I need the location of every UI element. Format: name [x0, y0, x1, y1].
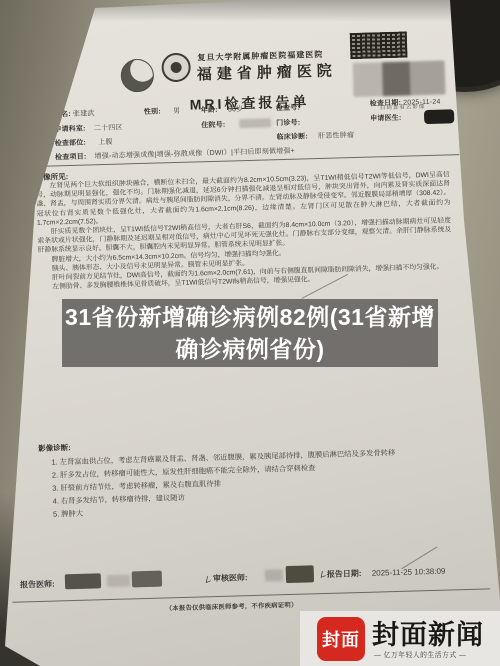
field-outpatient-no-label: 门诊号:: [276, 120, 300, 128]
field-body-part-value: 上腹: [98, 139, 113, 146]
field-age: 年龄: 50岁: [201, 104, 244, 115]
field-dept-label: 申请科室:: [54, 126, 86, 134]
field-name-value: 张建武: [73, 110, 95, 118]
field-exam-date-label: 检查日期:: [370, 100, 402, 108]
diagnosis-list: 1. 左肾富血供占位，考虑左肾癌累及肾盂、肾盏、邻近腹膜，累及胰尾部待排，腹膜后…: [51, 444, 463, 520]
field-req-doctor: 申请医生:: [370, 113, 402, 124]
field-exam-date-value: 2025-11-24: [403, 99, 440, 107]
field-exam-items-label: 检查项目:: [55, 154, 87, 162]
field-exam-no-label: 检查号:: [276, 105, 300, 113]
field-dept: 申请科室: 二十四区: [54, 122, 123, 134]
photo-of-mri-report: 复旦大学附属肿瘤医院福建医院 福建省肿瘤医院 MRI检查报告单 扫码查看云影像 …: [0, 0, 500, 666]
findings-body: 左肾见两个巨大软组织肿块融合，横断位未扫全，最大截面约为8.2cm×10.5cm…: [36, 170, 453, 292]
field-age-label: 年龄:: [201, 107, 218, 114]
redacted-review-doctor: [286, 565, 314, 583]
field-clinical-dx-label: 临床诊断:: [277, 133, 309, 141]
redacted-report-doctor: [65, 573, 101, 589]
news-watermark: 封面 封面新闻 — 亿万年轻人的生活方式 —: [300, 611, 500, 666]
diagnosis-heading: 影像诊断:: [38, 442, 71, 454]
field-exam-no: 检查号:: [276, 103, 300, 114]
field-exam-items-value: 增强-动态增强成像|增强-弥散成像（DWI）|平扫后即刻做增强+: [95, 148, 296, 161]
hospital-name: 福建省肿瘤医院: [197, 59, 338, 84]
hospital-logo-icon: [120, 59, 154, 93]
field-age-value: 50岁: [228, 106, 244, 113]
report-doctor-label: 报告医师:: [20, 579, 55, 591]
redacted-req-doctor: [424, 109, 454, 124]
news-slogan: — 亿万年轻人的生活方式 —: [374, 649, 466, 659]
field-dept-value: 二十四区: [94, 124, 123, 132]
redacted-report-doctor: [132, 571, 162, 588]
checkmark-icon: ∠: [203, 574, 213, 585]
headline-overlay: 31省份新增确诊病例82例(31省新增确诊病例省份): [62, 299, 438, 367]
field-clinical-dx: 临床诊断: 肝恶性肿瘤: [276, 130, 354, 142]
field-sex-value: 男: [173, 108, 180, 115]
field-inpatient-no: 住院号:: [201, 120, 225, 131]
field-body-part-label: 检查部位:: [55, 140, 87, 148]
field-name-label: 姓名:: [54, 111, 71, 118]
field-exam-date: 检查日期: 2025-11-24: [370, 97, 441, 109]
redacted-report-doctor: [107, 574, 130, 587]
field-inpatient-no-label: 住院号:: [201, 122, 225, 130]
report-date: 报告日期: 2025-11-25 10:38:09: [327, 566, 446, 580]
field-sex: 性别: 男: [144, 106, 181, 117]
news-logo-icon: 封面: [317, 617, 365, 661]
field-clinical-dx-value: 肝恶性肿瘤: [318, 132, 354, 140]
report-date-value: 2025-11-25 10:38:09: [372, 567, 446, 578]
field-body-part: 检查部位: 上腹: [55, 137, 113, 149]
review-doctor-label: 审核医师:: [213, 572, 248, 584]
field-outpatient-no: 门诊号:: [276, 118, 300, 129]
field-name: 姓名: 张建武: [54, 108, 95, 119]
footer-note: （本报告仅供临床医师参考，不作疾病证明）: [166, 600, 298, 613]
field-sex-label: 性别:: [144, 108, 161, 115]
news-name: 封面新闻: [372, 613, 484, 652]
qr-code-icon: [350, 32, 408, 60]
headline-text: 31省份新增确诊病例82例(31省新增确诊病例省份): [64, 301, 436, 365]
redacted-review-doctor: [265, 569, 283, 581]
redacted-block: [353, 60, 446, 97]
report-date-label: 报告日期:: [327, 569, 362, 579]
hospital-seal-icon: [161, 53, 191, 83]
redacted-inpatient-no: [239, 118, 271, 128]
field-req-doctor-label: 申请医生:: [370, 115, 402, 123]
